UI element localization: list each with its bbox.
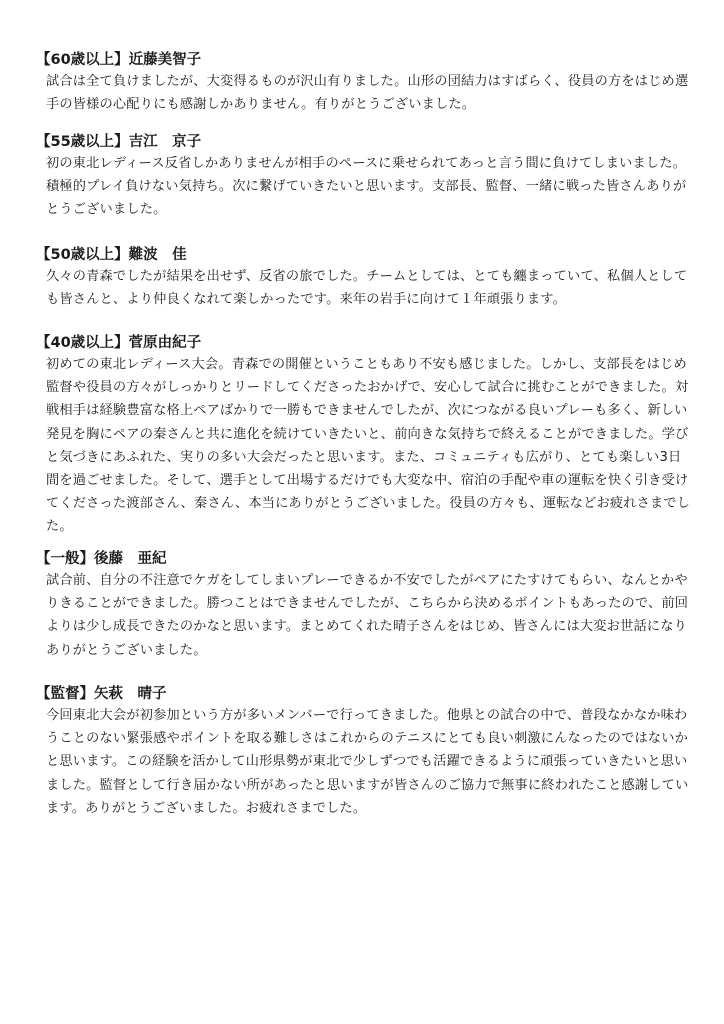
comment-section-50: 【50歳以上】難波 佳 久々の青森でしたが結果を出せず、反省の旅でした。チームと… [36, 245, 696, 311]
body-line: とうございました。 [46, 198, 696, 221]
body-line: 間を過ごせました。そして、選手として出場するだけでも大変な中、宿泊の手配や車の運… [46, 469, 696, 492]
section-body: 初めての東北レディース大会。青森での開催ということもあり不安も感じました。しかし… [46, 353, 696, 539]
body-line: 監督や役員の方々がしっかりとリードしてくださったおかげで、安心して試合に挑むこと… [46, 376, 696, 399]
comment-section-40: 【40歳以上】菅原由紀子 初めての東北レディース大会。青森での開催ということもあ… [36, 333, 696, 539]
section-heading: 【一般】後藤 亜紀 [36, 549, 696, 569]
section-body: 初の東北レディース反省しかありませんが相手のペースに乗せられてあっと言う間に負け… [46, 152, 696, 222]
section-heading: 【55歳以上】吉江 京子 [36, 132, 696, 152]
body-line: ます。ありがとうございました。お疲れさまでした。 [46, 797, 696, 820]
section-body: 今回東北大会が初参加という方が多いメンバーで行ってきました。他県との試合の中で、… [46, 704, 696, 820]
body-line: 久々の青森でしたが結果を出せず、反省の旅でした。チームとしては、とても纏まってい… [46, 265, 696, 288]
section-heading: 【監督】矢萩 晴子 [36, 684, 696, 704]
comment-section-manager: 【監督】矢萩 晴子 今回東北大会が初参加という方が多いメンバーで行ってきました。… [36, 684, 696, 820]
body-line: 初の東北レディース反省しかありませんが相手のペースに乗せられてあっと言う間に負け… [46, 152, 696, 175]
body-line: てくださった渡部さん、秦さん、本当にありがとうございました。役員の方々も、運転な… [46, 492, 696, 515]
body-line: 試合は全て負けましたが、大変得るものが沢山有りました。山形の団結力はすばらく、役… [46, 70, 696, 93]
body-line: 試合前、自分の不注意でケガをしてしまいプレーできるか不安でしたがペアにたすけても… [46, 569, 696, 592]
section-body: 試合前、自分の不注意でケガをしてしまいプレーできるか不安でしたがペアにたすけても… [46, 569, 696, 662]
body-line: ました。監督として行き届かない所があったと思いますが皆さんのご協力で無事に終われ… [46, 774, 696, 797]
body-line: 戦相手は経験豊富な格上ペアばかりで一勝もできませんでしたが、次につながる良いプレ… [46, 399, 696, 422]
body-line: 手の皆様の心配りにも感謝しかありません。有りがとうございました。 [46, 93, 696, 116]
section-heading: 【40歳以上】菅原由紀子 [36, 333, 696, 353]
section-heading: 【50歳以上】難波 佳 [36, 245, 696, 265]
body-line: た。 [46, 515, 696, 538]
body-line: と思います。この経験を活かして山形県勢が東北で少しずつでも活躍できるように頑張っ… [46, 750, 696, 773]
body-line: 発見を胸にペアの秦さんと共に進化を続けていきたいと、前向きな気持ちで終えることが… [46, 423, 696, 446]
body-line: も皆さんと、より仲良くなれて楽しかったです。来年の岩手に向けて１年頑張ります。 [46, 288, 696, 311]
section-heading: 【60歳以上】近藤美智子 [36, 50, 696, 70]
comment-section-60: 【60歳以上】近藤美智子 試合は全て負けましたが、大変得るものが沢山有りました。… [36, 50, 696, 116]
body-line: うことのない緊張感やポイントを取る難しさはこれからのテニスにとても良い刺激にんな… [46, 727, 696, 750]
section-body: 久々の青森でしたが結果を出せず、反省の旅でした。チームとしては、とても纏まってい… [46, 265, 696, 311]
comment-section-general: 【一般】後藤 亜紀 試合前、自分の不注意でケガをしてしまいプレーできるか不安でし… [36, 549, 696, 662]
body-line: 積極的プレイ負けない気持ち。次に繋げていきたいと思います。支部長、監督、一緒に戦… [46, 175, 696, 198]
section-body: 試合は全て負けましたが、大変得るものが沢山有りました。山形の団結力はすばらく、役… [46, 70, 696, 116]
body-line: ありがとうございました。 [46, 639, 696, 662]
comment-section-55: 【55歳以上】吉江 京子 初の東北レディース反省しかありませんが相手のペースに乗… [36, 132, 696, 222]
body-line: りきることができました。勝つことはできませんでしたが、こちらから決めるポイントも… [46, 592, 696, 615]
body-line: 今回東北大会が初参加という方が多いメンバーで行ってきました。他県との試合の中で、… [46, 704, 696, 727]
body-line: と気づきにあふれた、実りの多い大会だったと思います。また、コミュニティも広がり、… [46, 446, 696, 469]
body-line: よりは少し成長できたのかなと思います。まとめてくれた晴子さんをはじめ、皆さんには… [46, 615, 696, 638]
body-line: 初めての東北レディース大会。青森での開催ということもあり不安も感じました。しかし… [46, 353, 696, 376]
